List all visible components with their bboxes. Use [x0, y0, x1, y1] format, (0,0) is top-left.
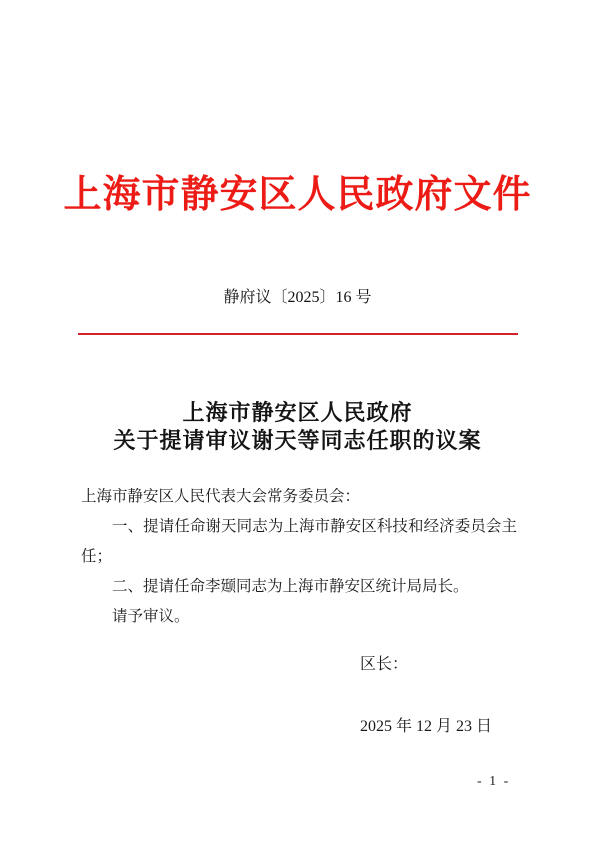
document-title-line2: 关于提请审议谢天等同志任职的议案 [0, 427, 595, 455]
body-paragraph-2: 二、提请任命李颋同志为上海市静安区统计局局长。 [81, 572, 517, 602]
document-date: 2025 年 12 月 23 日 [360, 716, 492, 738]
document-page: 上海市静安区人民政府文件 静府议〔2025〕16 号 上海市静安区人民政府 关于… [0, 0, 595, 842]
document-number: 静府议〔2025〕16 号 [0, 287, 595, 309]
body-paragraph-1: 一、提请任命谢天同志为上海市静安区科技和经济委员会主任； [81, 512, 517, 572]
page-number: - 1 - [477, 772, 510, 792]
letterhead-title: 上海市静安区人民政府文件 [0, 172, 595, 218]
salutation-line: 上海市静安区人民代表大会常务委员会： [81, 482, 517, 512]
body-paragraph-3: 请予审议。 [81, 602, 517, 632]
document-body: 上海市静安区人民代表大会常务委员会： 一、提请任命谢天同志为上海市静安区科技和经… [81, 482, 517, 632]
document-title-line1: 上海市静安区人民政府 [0, 399, 595, 427]
document-title: 上海市静安区人民政府 关于提请审议谢天等同志任职的议案 [0, 399, 595, 455]
signature-label: 区长： [360, 654, 408, 676]
red-divider-line [78, 333, 518, 335]
